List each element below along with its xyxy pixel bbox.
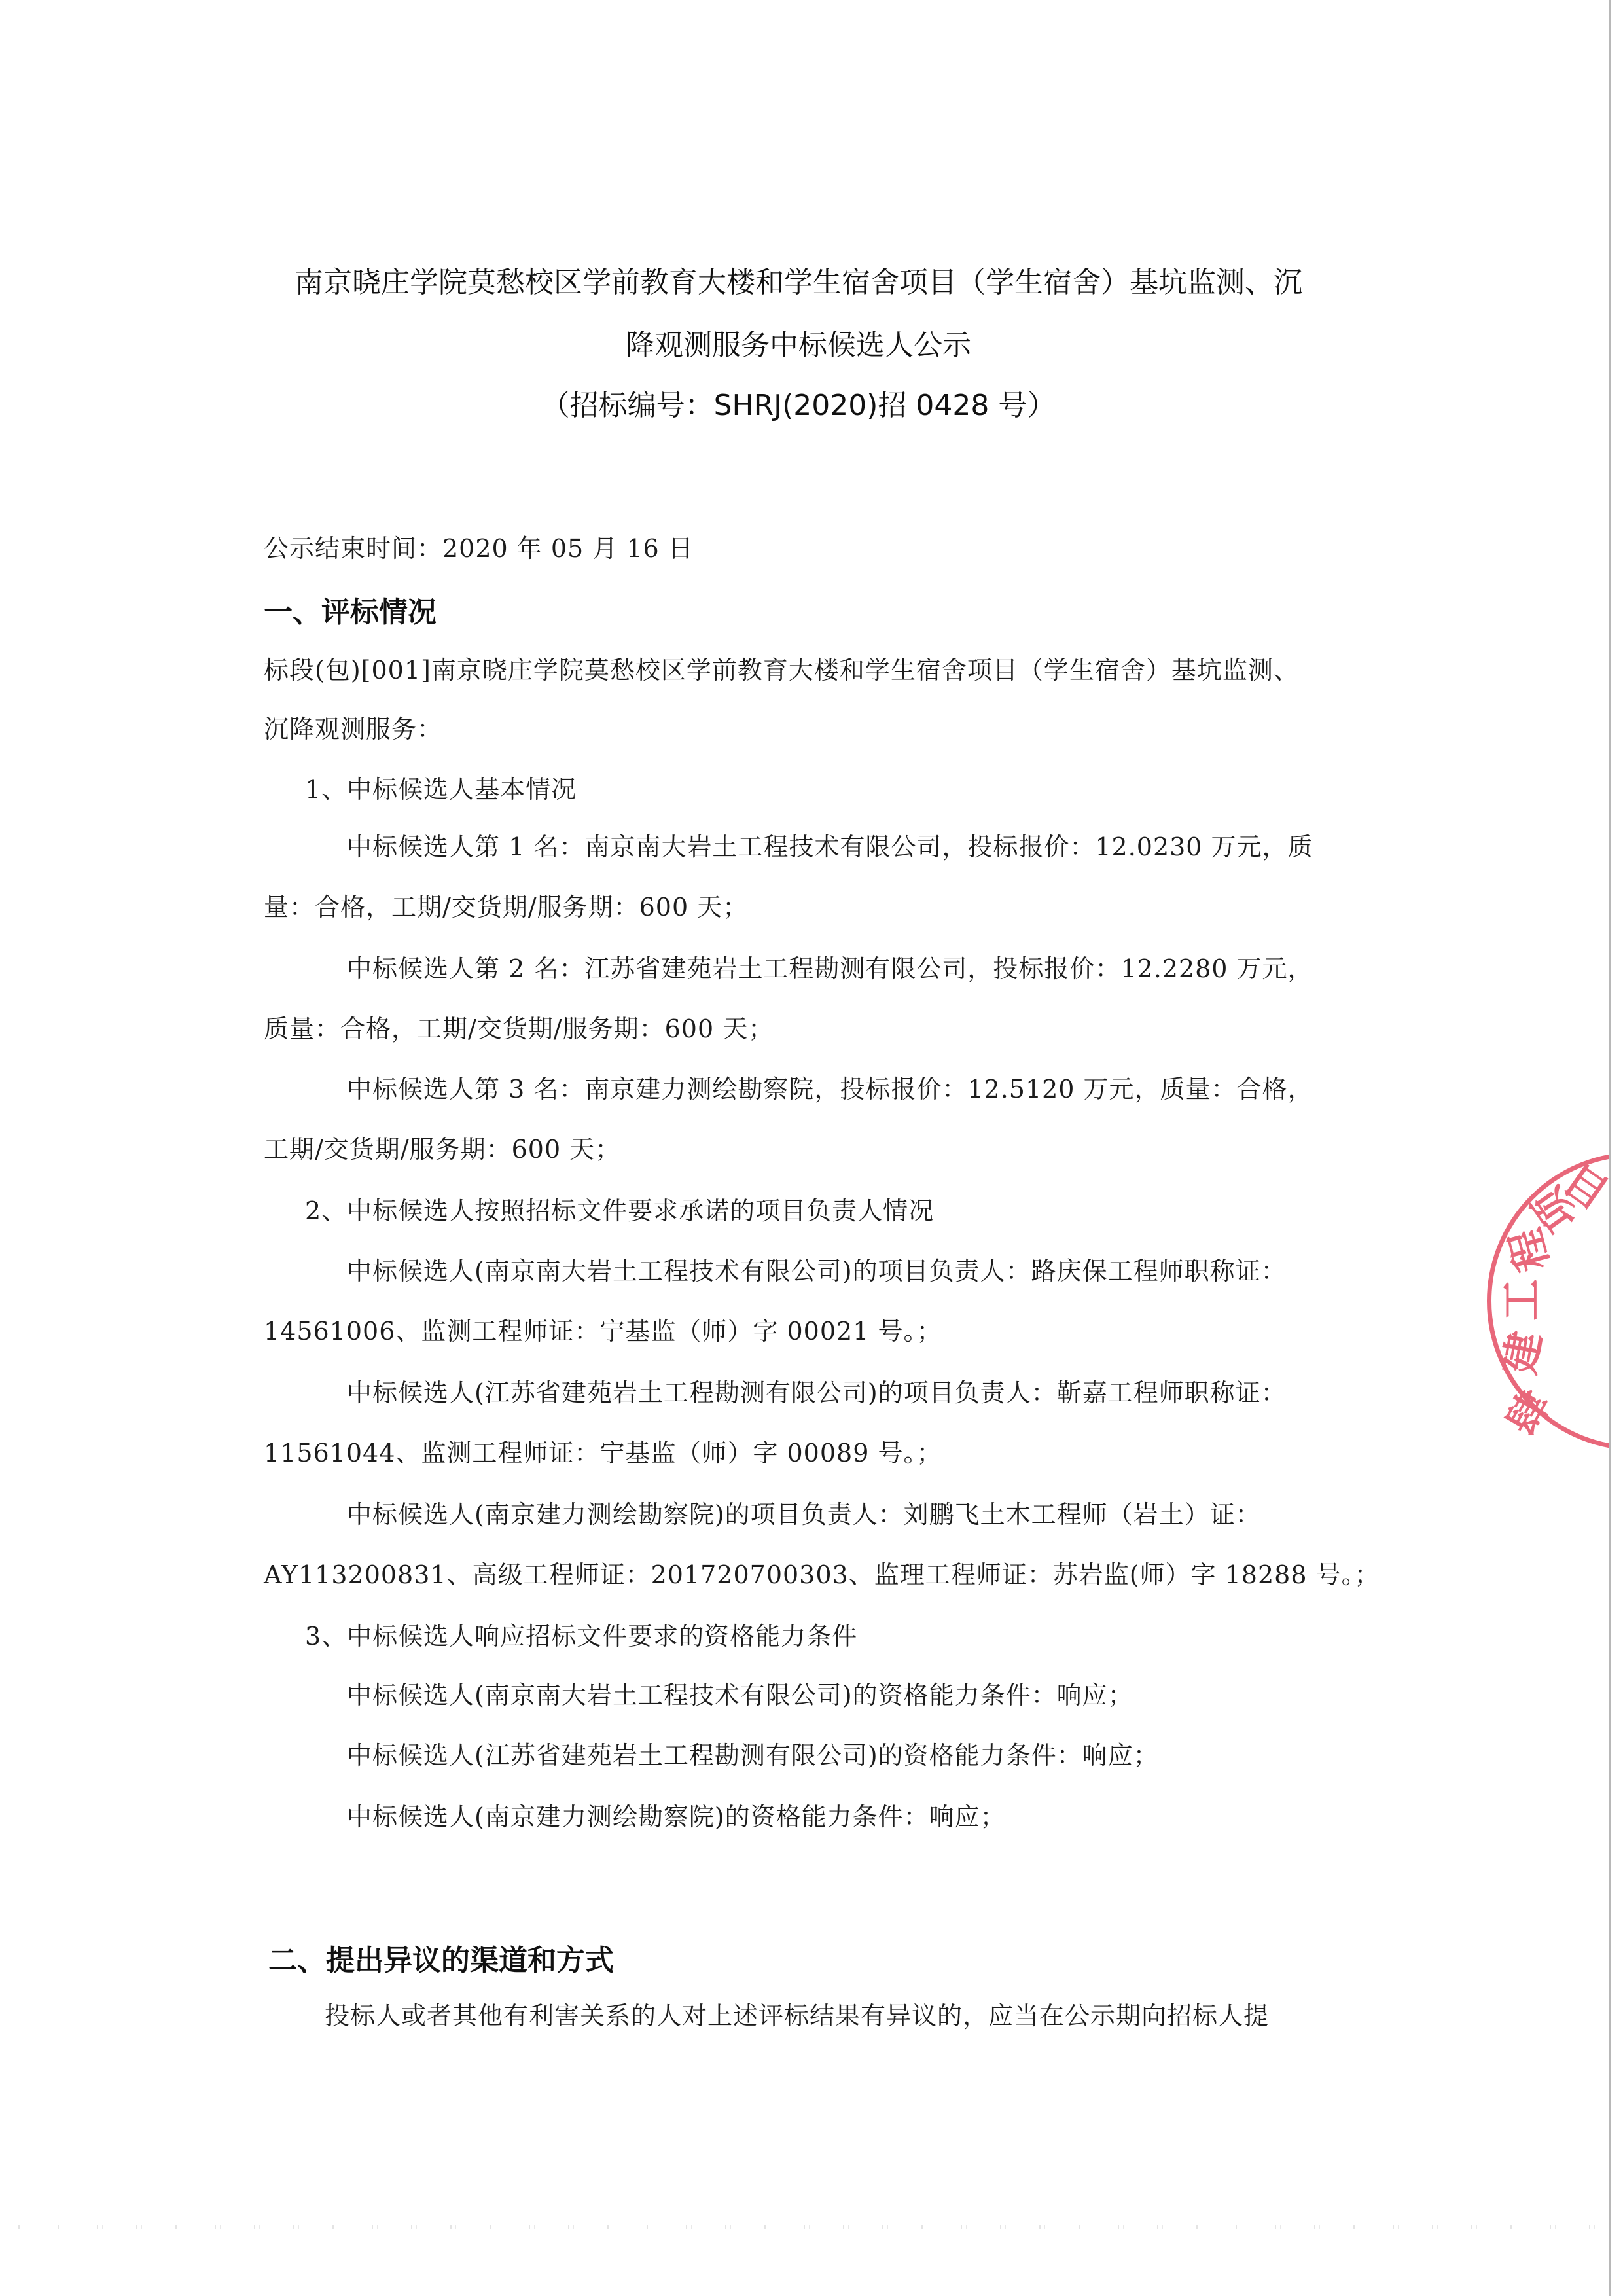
qualification-3: 中标候选人(南京建力测绘勘察院)的资格能力条件：响应； — [347, 1801, 1006, 1833]
candidate-2-line-1: 中标候选人第 2 名：江苏省建苑岩土工程勘测有限公司，投标报价：12.2280 … — [347, 953, 1313, 984]
scan-noise — [0, 2225, 1623, 2229]
document-title-line-1: 南京晓庄学院莫愁校区学前教育大楼和学生宿舍项目（学生宿舍）基坑监测、沉 — [249, 264, 1348, 301]
official-seal: 肆 建 工 程 项 目 — [1440, 1113, 1609, 1505]
seal-char: 建 — [1486, 1326, 1553, 1378]
seal-char: 肆 — [1489, 1378, 1563, 1444]
seal-char: 工 — [1488, 1279, 1548, 1321]
candidate-3-line-1: 中标候选人第 3 名：南京建力测绘勘察院，投标报价：12.5120 万元，质量：… — [347, 1073, 1313, 1105]
objection-paragraph: 投标人或者其他有利害关系的人对上述评标结果有异议的，应当在公示期向招标人提 — [325, 2000, 1269, 2032]
qualification-2: 中标候选人(江苏省建苑岩土工程勘测有限公司)的资格能力条件：响应； — [347, 1740, 1159, 1771]
candidate-1-line-1: 中标候选人第 1 名：南京南大岩土工程技术有限公司，投标报价：12.0230 万… — [347, 831, 1313, 863]
candidate-3-line-2: 工期/交货期/服务期：600 天； — [264, 1134, 620, 1165]
qualification-1: 中标候选人(南京南大岩土工程技术有限公司)的资格能力条件：响应； — [347, 1679, 1133, 1711]
document-title-line-2: 降观测服务中标候选人公示 — [249, 327, 1348, 364]
subheading-candidate-basics: 1、中标候选人基本情况 — [305, 774, 577, 805]
candidate-2-line-2: 质量：合格，工期/交货期/服务期：600 天； — [264, 1013, 774, 1045]
manager-3-line-2: AY113200831、高级工程师证：201720700303、监理工程师证：苏… — [264, 1559, 1380, 1590]
publicity-end-date: 公示结束时间：2020 年 05 月 16 日 — [264, 533, 694, 564]
manager-1-line-1: 中标候选人(南京南大岩土工程技术有限公司)的项目负责人：路庆保工程师职称证： — [347, 1255, 1287, 1287]
document-title-bid-number: （招标编号：SHRJ(2020)招 0428 号） — [249, 387, 1348, 424]
manager-2-line-2: 11561044、监测工程师证：宁基监（师）字 00089 号。； — [264, 1437, 942, 1469]
lot-description-line-1: 标段(包)[001]南京晓庄学院莫愁校区学前教育大楼和学生宿舍项目（学生宿舍）基… — [264, 655, 1299, 686]
section-heading-objections: 二、提出异议的渠道和方式 — [268, 1943, 614, 1979]
manager-3-line-1: 中标候选人(南京建力测绘勘察院)的项目负责人：刘鹏飞土木工程师（岩土）证： — [347, 1499, 1261, 1530]
candidate-1-line-2: 量：合格，工期/交货期/服务期：600 天； — [264, 891, 748, 923]
scan-edge-line — [1609, 0, 1611, 2296]
section-heading-evaluation: 一、评标情况 — [264, 594, 437, 631]
document-page: 南京晓庄学院莫愁校区学前教育大楼和学生宿舍项目（学生宿舍）基坑监测、沉 降观测服… — [0, 0, 1623, 2296]
subheading-project-managers: 2、中标候选人按照招标文件要求承诺的项目负责人情况 — [305, 1195, 934, 1227]
subheading-qualifications: 3、中标候选人响应招标文件要求的资格能力条件 — [305, 1621, 857, 1652]
manager-2-line-1: 中标候选人(江苏省建苑岩土工程勘测有限公司)的项目负责人：靳嘉工程师职称证： — [347, 1377, 1287, 1408]
lot-description-line-2: 沉降观测服务： — [264, 713, 442, 745]
manager-1-line-2: 14561006、监测工程师证：宁基监（师）字 00021 号。； — [264, 1316, 942, 1347]
